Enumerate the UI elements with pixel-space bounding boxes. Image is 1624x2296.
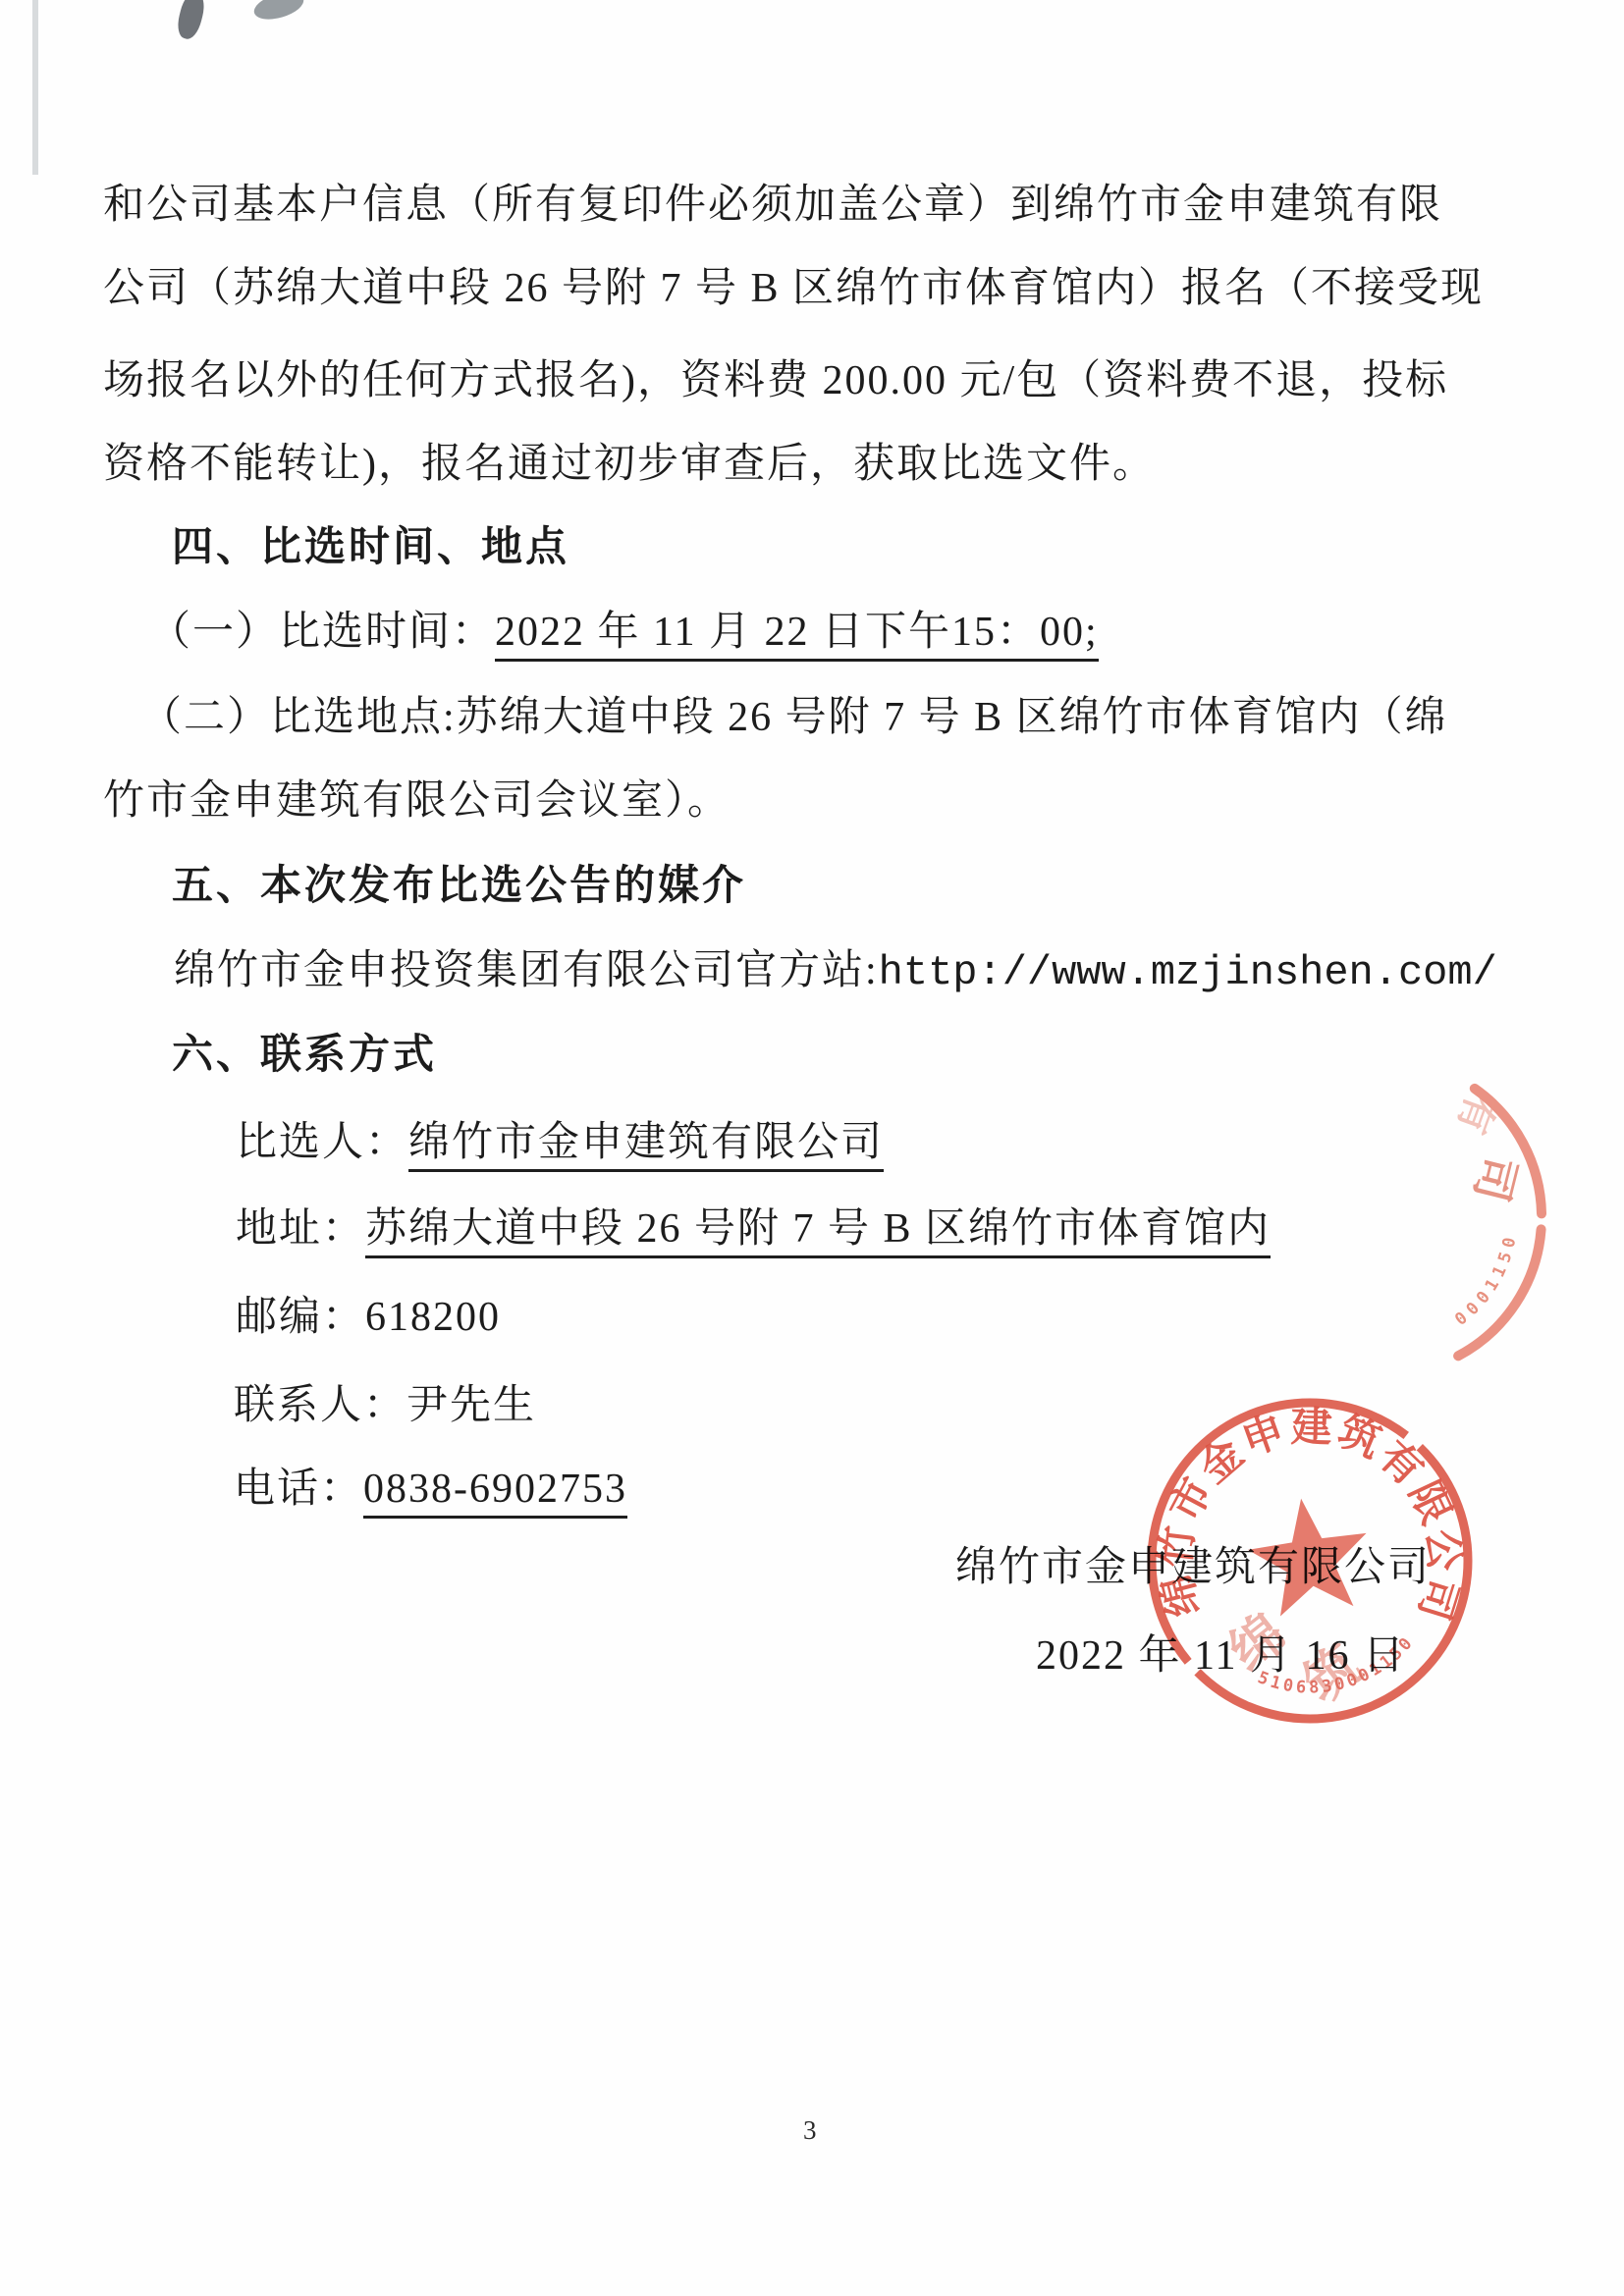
selection-place-line2: 竹市金申建筑有限公司会议室）。: [103, 775, 731, 828]
scan-edge-streak: [32, 0, 38, 175]
bidder-value: 绵竹市金申建筑有限公司: [408, 1120, 884, 1172]
partial-seal-impression: 0001150 司 有: [1306, 1036, 1624, 1374]
phone-value: 0838-6902753: [363, 1467, 627, 1519]
media-prefix: 绵竹市金申投资集团有限公司官方站:: [174, 948, 879, 993]
postal-value: 618200: [365, 1295, 501, 1340]
partial-seal-graphic: 0001150 司 有: [1306, 1036, 1624, 1374]
section5-heading: 五、本次发布比选公告的媒介: [172, 860, 746, 912]
bidder-label: 比选人：: [236, 1120, 408, 1165]
postal-label: 邮编：: [236, 1295, 365, 1340]
selection-time-label: （一）比选时间：: [149, 610, 495, 655]
body-line: 和公司基本户信息（所有复印件必须加盖公章）到绵竹市金申建筑有限: [103, 180, 1442, 232]
person-label: 联系人：: [234, 1383, 406, 1428]
selection-time-value: 2022 年 11 月 22 日下午15：00;: [495, 610, 1099, 662]
svg-text:绵竹市金申建筑有限公司: 绵竹市金申建筑有限公司: [1151, 1404, 1468, 1629]
selection-time-line: （一）比选时间：2022 年 11 月 22 日下午15：00;: [149, 607, 1099, 659]
selection-place-line: （二）比选地点:苏绵大道中段 26 号附 7 号 B 区绵竹市体育馆内（绵: [140, 692, 1448, 744]
body-line: 场报名以外的任何方式报名)，资料费 200.00 元/包（资料费不退，投标: [103, 355, 1448, 407]
contact-bidder-line: 比选人：绵竹市金申建筑有限公司: [236, 1117, 884, 1169]
section4-heading: 四、比选时间、地点: [172, 521, 569, 573]
contact-person-line: 联系人：尹先生: [234, 1380, 536, 1432]
partial-seal-serial: 0001150: [1451, 1230, 1521, 1330]
scanned-document-page: 和公司基本户信息（所有复印件必须加盖公章）到绵竹市金申建筑有限 公司（苏绵大道中…: [0, 0, 1624, 2296]
contact-address-line: 地址：苏绵大道中段 26 号附 7 号 B 区绵竹市体育馆内: [236, 1203, 1271, 1255]
seal-ring-text: 绵竹市金申建筑有限公司: [1151, 1404, 1468, 1629]
address-value: 苏绵大道中段 26 号附 7 号 B 区绵竹市体育馆内: [365, 1206, 1271, 1258]
section6-heading: 六、联系方式: [172, 1029, 437, 1081]
person-value: 尹先生: [406, 1383, 536, 1428]
contact-postal-line: 邮编：618200: [236, 1292, 501, 1344]
body-line: 公司（苏绵大道中段 26 号附 7 号 B 区绵竹市体育馆内）报名（不接受现: [103, 263, 1484, 315]
scan-smudge: [251, 0, 307, 25]
signature-company: 绵竹市金申建筑有限公司: [955, 1542, 1431, 1594]
partial-seal-char2: 有: [1449, 1088, 1503, 1140]
scan-smudge: [175, 0, 208, 41]
partial-seal-arc: [1458, 1089, 1542, 1356]
signature-date: 2022 年 11 月 16 日: [1036, 1630, 1406, 1682]
media-url: http://www.mzjinshen.com/: [879, 949, 1497, 996]
phone-label: 电话：: [234, 1467, 363, 1512]
partial-seal-serial-text: 0001150: [1451, 1230, 1521, 1330]
page-number: 3: [803, 2115, 817, 2146]
body-line: 资格不能转让)，报名通过初步审查后，获取比选文件。: [103, 439, 1156, 491]
contact-phone-line: 电话：0838-6902753: [234, 1464, 627, 1516]
address-label: 地址：: [236, 1206, 365, 1252]
media-line: 绵竹市金申投资集团有限公司官方站:http://www.mzjinshen.co…: [174, 945, 1497, 999]
partial-seal-char: 司: [1465, 1150, 1526, 1206]
